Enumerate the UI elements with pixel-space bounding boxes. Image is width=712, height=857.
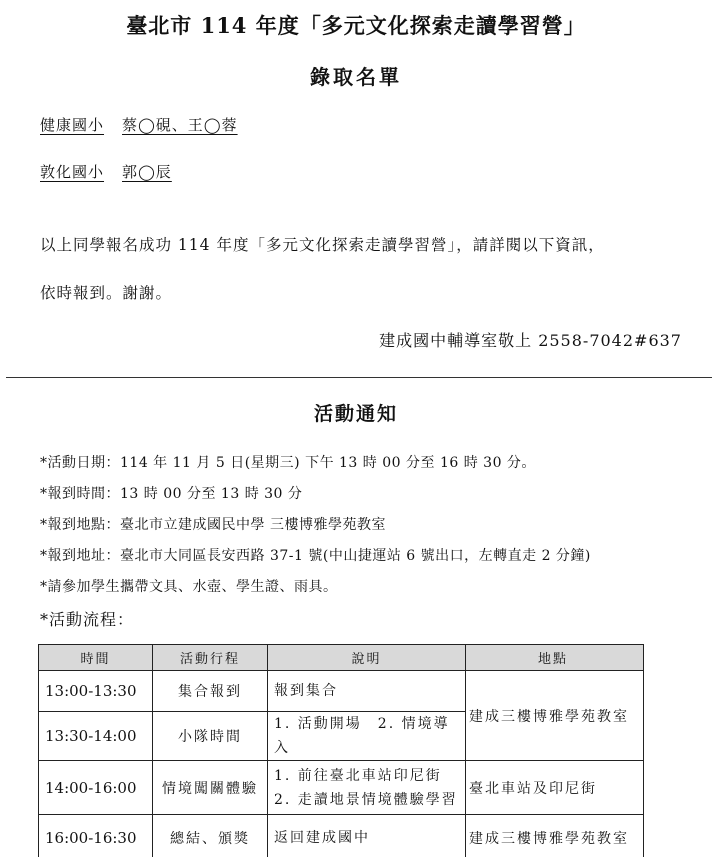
student-names: 蔡◯硯、王◯蓉 (122, 116, 238, 134)
cell-time: 13:30-14:00 (39, 712, 153, 761)
table-header-row: 時間 活動行程 說明 地點 (39, 645, 644, 671)
header-time: 時間 (39, 645, 153, 671)
notice-item-bring: *請參加學生攜帶文具、水壺、學生證、雨具。 (40, 576, 338, 596)
message-line-1: 以上同學報名成功 114 年度「多元文化探索走讀學習營」，請詳閱以下資訊， (40, 233, 605, 255)
admitted-entry: 健康國小蔡◯硯、王◯蓉 (40, 114, 238, 135)
schedule-table: 時間 活動行程 說明 地點 13:00-13:30 集合報到 報到集合 建成三樓… (38, 644, 644, 857)
school-name: 健康國小 (40, 116, 104, 134)
cell-description: 返回建成國中 (268, 815, 466, 857)
cell-time: 13:00-13:30 (39, 671, 153, 712)
header-location: 地點 (466, 645, 644, 671)
admitted-entry: 敦化國小郭◯辰 (40, 161, 172, 182)
message-line-2: 依時報到。謝謝。 (40, 281, 172, 303)
header-activity: 活動行程 (153, 645, 268, 671)
school-name: 敦化國小 (40, 163, 104, 181)
cell-activity: 集合報到 (153, 671, 268, 712)
cell-location: 臺北車站及印尼街 (466, 761, 644, 815)
cell-time: 16:00-16:30 (39, 815, 153, 857)
cell-description: 1. 活動開場 2. 情境導入 (268, 712, 466, 761)
student-names: 郭◯辰 (122, 163, 172, 181)
notice-item-checkin-place: *報到地點：臺北市立建成國民中學 三樓博雅學苑教室 (40, 514, 386, 534)
notice-item-address: *報到地址：臺北市大同區長安西路 37-1 號(中山捷運站 6 號出口，左轉直走… (40, 545, 591, 565)
page-title: 臺北市 114 年度「多元文化探索走讀學習營」 (0, 10, 712, 40)
cell-description: 1. 前往臺北車站印尼街 2. 走讀地景情境體驗學習 (268, 761, 466, 815)
cell-location: 建成三樓博雅學苑教室 (466, 815, 644, 857)
cell-activity: 總結、頒獎 (153, 815, 268, 857)
description-line: 2. 走讀地景情境體驗學習 (274, 788, 459, 812)
table-row: 14:00-16:00 情境闖關體驗 1. 前往臺北車站印尼街 2. 走讀地景情… (39, 761, 644, 815)
description-line: 1. 活動開場 2. 情境導入 (274, 712, 459, 760)
cell-time: 14:00-16:00 (39, 761, 153, 815)
flow-label: *活動流程： (40, 607, 134, 630)
section-divider (6, 377, 712, 378)
cell-activity: 情境闖關體驗 (153, 761, 268, 815)
cell-activity: 小隊時間 (153, 712, 268, 761)
description-line: 1. 前往臺北車站印尼街 (274, 764, 459, 788)
notice-title: 活動通知 (0, 399, 712, 426)
header-description: 說明 (268, 645, 466, 671)
cell-location: 建成三樓博雅學苑教室 (466, 671, 644, 761)
table-row: 13:00-13:30 集合報到 報到集合 建成三樓博雅學苑教室 (39, 671, 644, 712)
notice-item-date: *活動日期：114 年 11 月 5 日(星期三) 下午 13 時 00 分至 … (40, 452, 536, 472)
notice-item-checkin-time: *報到時間：13 時 00 分至 13 時 30 分 (40, 483, 302, 503)
signature: 建成國中輔導室敬上 2558-7042#637 (379, 328, 682, 351)
table-row: 16:00-16:30 總結、頒獎 返回建成國中 建成三樓博雅學苑教室 (39, 815, 644, 857)
page-subtitle: 錄取名單 (0, 61, 712, 90)
description-line: 返回建成國中 (274, 826, 459, 850)
description-line: 報到集合 (274, 679, 459, 703)
cell-description: 報到集合 (268, 671, 466, 712)
